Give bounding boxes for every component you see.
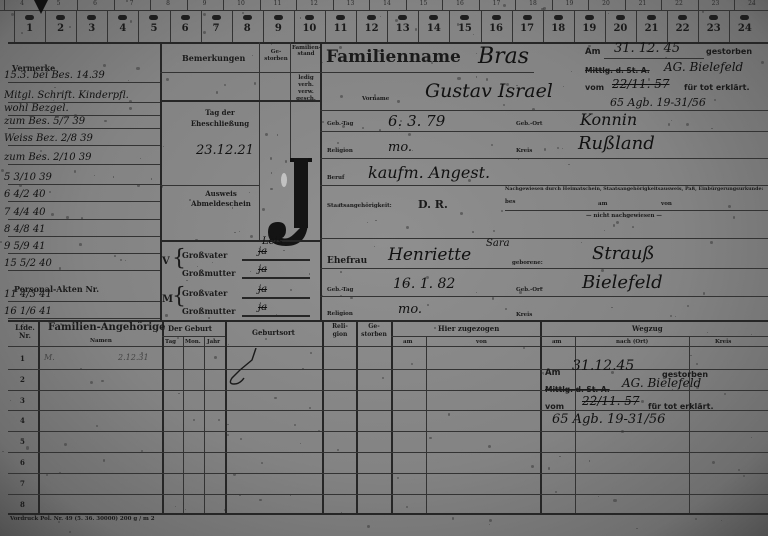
- punch-hole-icon: [181, 15, 190, 20]
- speck: [406, 226, 409, 229]
- divider: [204, 336, 205, 514]
- divider: [449, 10, 450, 42]
- note-entry: 16 1/6 41: [4, 306, 159, 317]
- speck: [712, 461, 715, 464]
- divider: [481, 10, 482, 42]
- speck: [613, 224, 615, 226]
- ruler-column-number: 18: [551, 23, 565, 34]
- divider: [588, 0, 589, 10]
- punch-hole-icon: [492, 15, 501, 20]
- grandparent-label: Großvater: [182, 250, 227, 260]
- lower-death-vom-value: 22/11. 57: [582, 394, 639, 408]
- speck: [103, 459, 106, 462]
- speck: [277, 134, 278, 135]
- zugezogen-header: Hier zugezogen: [438, 324, 499, 333]
- ruler-column-number: 1: [26, 23, 33, 34]
- divider: [160, 72, 320, 73]
- lower-death-vom-label: vom: [545, 402, 564, 411]
- divider: [8, 270, 160, 271]
- tag-header: Tag: [165, 339, 176, 345]
- speck: [290, 289, 292, 291]
- speck: [26, 446, 29, 449]
- divider: [667, 10, 668, 42]
- ruler-column-22: 22: [667, 10, 698, 42]
- spouse-geb-ort-value: Bielefeld: [582, 272, 663, 293]
- lower-death-tot-label: für tot erklärt.: [648, 402, 713, 411]
- ruler-column-11: 11: [325, 10, 356, 42]
- ausweis-label: Ausweis Abmeldeschein: [186, 189, 256, 209]
- divider: [479, 0, 480, 10]
- punch-hole-icon: [678, 15, 687, 20]
- punch-hole-icon: [56, 15, 65, 20]
- namen-header: Namen: [90, 338, 112, 344]
- divider: [138, 10, 139, 42]
- geb-ort-value: Konnin: [580, 110, 637, 129]
- spouse-kreis-label: Kreis: [516, 312, 532, 318]
- speck: [452, 517, 455, 520]
- speck: [710, 241, 713, 244]
- divider: [162, 336, 225, 337]
- death-gestorben-label: gestorben: [706, 47, 752, 56]
- ruler-top-mark: 17: [479, 0, 515, 10]
- divider: [260, 0, 261, 10]
- table-row-name: M.: [44, 353, 55, 362]
- divider: [150, 0, 151, 10]
- ruler-top-mark: 22: [661, 0, 697, 10]
- punch-hole-icon: [554, 15, 563, 20]
- speck: [733, 216, 736, 219]
- speck: [493, 230, 495, 232]
- speck: [548, 467, 551, 470]
- ruler-column-13: 13: [387, 10, 418, 42]
- speck: [322, 62, 323, 63]
- speck: [10, 400, 11, 401]
- divider: [242, 277, 310, 279]
- divider: [543, 10, 544, 42]
- speck: [367, 222, 368, 223]
- divider: [162, 320, 164, 514]
- ruler-column-number: 20: [613, 23, 627, 34]
- ruler-top-mark: 12: [296, 0, 332, 10]
- speck: [2, 451, 3, 452]
- note-entry: wohl Bezgel.: [4, 103, 159, 114]
- speck: [559, 456, 560, 457]
- punch-hole-icon: [305, 15, 314, 20]
- speck: [761, 61, 764, 64]
- divider: [729, 10, 730, 42]
- divider: [320, 131, 768, 132]
- speck: [375, 220, 376, 221]
- speck: [240, 438, 242, 440]
- ruler-column-number: 21: [645, 23, 659, 34]
- brace-icon: {: [172, 246, 186, 271]
- monat-header: Mon.: [185, 339, 201, 345]
- ruler-top-mark: 15: [406, 0, 442, 10]
- ehefrau-note: Sara: [486, 238, 510, 249]
- speck: [738, 469, 740, 471]
- divider: [77, 0, 78, 10]
- speck: [114, 255, 116, 257]
- lfd-nr-header: Lfde. Nr.: [12, 324, 38, 340]
- jewish-identifier-letter-j-icon: [262, 158, 322, 248]
- punch-hole-icon: [740, 15, 749, 20]
- grandparent-struck-value: ja: [258, 264, 267, 275]
- ruler-column-21: 21: [636, 10, 667, 42]
- speck: [101, 380, 103, 382]
- divider: [4, 0, 5, 10]
- divider: [8, 184, 160, 185]
- beruf-label: Beruf: [327, 175, 344, 181]
- ruler-column-number: 16: [489, 23, 503, 34]
- grandparent-label: Großmutter: [182, 268, 235, 278]
- speck: [175, 506, 176, 507]
- punch-hole-icon: [118, 15, 127, 20]
- ruler-column-number: 11: [334, 23, 348, 34]
- speck: [671, 120, 672, 121]
- divider: [698, 0, 699, 10]
- ruler-column-number: 15: [458, 23, 472, 34]
- vorname-label: Vorname: [362, 96, 389, 102]
- ruler-column-number: 23: [707, 23, 721, 34]
- speck: [488, 445, 491, 448]
- speck: [239, 494, 241, 496]
- ruler-column-6: 6: [170, 10, 201, 42]
- punch-hole-icon: [523, 15, 532, 20]
- speck: [69, 531, 71, 533]
- speck: [707, 332, 708, 333]
- speck: [337, 142, 339, 144]
- divider: [8, 145, 160, 146]
- speck: [290, 494, 291, 495]
- speck: [581, 242, 582, 243]
- ruler-top-mark: 24: [734, 0, 768, 10]
- note-entry: 9 5/9 41: [4, 241, 159, 252]
- ruler-column-number: 2: [57, 23, 64, 34]
- divider: [320, 238, 768, 239]
- ruler-top-mark: 23: [698, 0, 734, 10]
- spouse-geb-tag-label: Geb.-Tag: [327, 287, 353, 293]
- speck: [64, 443, 67, 446]
- brace-icon: {: [172, 284, 186, 309]
- speck: [616, 221, 619, 224]
- punch-hole-icon: [616, 15, 625, 20]
- divider: [325, 10, 326, 42]
- speck: [265, 133, 268, 136]
- ruler-column-1: 1: [14, 10, 45, 42]
- table-row-number: 1: [20, 354, 25, 363]
- table-row-number: 7: [20, 479, 25, 488]
- speck: [340, 95, 343, 98]
- speck: [668, 123, 670, 125]
- ruler-column-8: 8: [232, 10, 263, 42]
- speck: [531, 465, 534, 468]
- ruler-column-19: 19: [574, 10, 605, 42]
- divider: [391, 336, 768, 337]
- divider: [552, 0, 553, 10]
- ruler-column-number: 8: [244, 23, 251, 34]
- divider: [734, 0, 735, 10]
- grandparent-struck-value: ja: [258, 284, 267, 295]
- speck: [751, 437, 753, 439]
- speck: [406, 506, 408, 508]
- divider: [418, 10, 419, 42]
- speck: [711, 128, 712, 129]
- ruler-column-2: 2: [45, 10, 76, 42]
- divider: [661, 0, 662, 10]
- spouse-geb-tag-value: 16. 1. 82: [393, 276, 455, 292]
- divider: [160, 240, 320, 242]
- divider: [320, 158, 768, 159]
- speck: [632, 226, 634, 228]
- divider: [242, 259, 310, 261]
- vorname-value: Gustav Israel: [425, 80, 553, 102]
- ruler-top-mark: 11: [260, 0, 296, 10]
- staatsang-label: Staatsangehörigkeit:: [327, 203, 392, 209]
- religion-header: Reli-gion: [326, 323, 354, 339]
- punch-hole-icon: [243, 15, 252, 20]
- religion-label: Religion: [327, 148, 353, 154]
- speck: [636, 528, 638, 530]
- divider: [223, 0, 224, 10]
- grandparent-struck-value: ja: [258, 246, 267, 257]
- zugezogen-von-header: von: [476, 339, 487, 345]
- speck: [397, 100, 399, 102]
- divider: [294, 10, 295, 42]
- ruler-column-15: 15: [449, 10, 480, 42]
- speck: [695, 518, 697, 520]
- bemerkungen-label: Bemerkungen: [182, 53, 245, 63]
- table-row-number: 5: [20, 437, 25, 446]
- grandparent-value: Leis: [262, 236, 283, 247]
- wegzug-am-header: am: [552, 339, 561, 345]
- speck: [476, 53, 477, 54]
- lower-death-aktenzeichen: 65 Agb. 19-31/56: [552, 412, 665, 427]
- spouse-religion-value: mo.: [398, 302, 422, 317]
- divider: [333, 0, 334, 10]
- divider: [160, 100, 320, 102]
- speck: [686, 123, 689, 126]
- wegzug-kreis-header: Kreis: [715, 339, 731, 345]
- table-row-number: 2: [20, 375, 25, 384]
- note-entry: 15 5/2 40: [4, 258, 159, 269]
- divider: [38, 320, 40, 514]
- divider: [8, 164, 160, 165]
- speck: [434, 327, 435, 328]
- ruler-top-mark: 16: [442, 0, 478, 10]
- grandparent-side-label: M: [162, 294, 173, 305]
- grandparent-label: Großvater: [182, 288, 227, 298]
- ruler-column-number: 12: [365, 23, 379, 34]
- speck: [492, 297, 495, 300]
- paper-crack-mark: [226, 348, 266, 388]
- divider: [8, 346, 768, 347]
- divider: [8, 82, 160, 83]
- ruler-column-17: 17: [512, 10, 543, 42]
- speck: [589, 460, 591, 462]
- punch-hole-icon: [429, 15, 438, 20]
- speck: [397, 477, 399, 479]
- grandparent-struck-value: ja: [258, 302, 267, 313]
- ruler-column-23: 23: [698, 10, 729, 42]
- ehefrau-label: Ehefrau: [327, 256, 367, 266]
- printer-imprint: Vordruck Pol. Nr. 49 (5. 36. 30000) 200 …: [10, 516, 155, 522]
- jahr-header: Jahr: [207, 339, 220, 345]
- speck: [208, 317, 210, 319]
- divider: [8, 253, 160, 254]
- tab-marker-icon: [34, 0, 48, 14]
- speck: [476, 292, 478, 294]
- note-entry: Mitgl. Schrift. Kinderpfl.: [4, 90, 159, 101]
- punch-hole-icon: [87, 15, 96, 20]
- death-aktenzeichen: 65 Agb. 19-31/56: [610, 96, 706, 109]
- ruler-column-18: 18: [543, 10, 574, 42]
- divider: [160, 42, 162, 320]
- speck: [227, 434, 229, 436]
- wegzug-ort-header: nach (Ort): [616, 339, 648, 345]
- divider: [698, 10, 699, 42]
- speck: [751, 334, 752, 335]
- note-entry: zum Bes. 5/7 39: [4, 116, 159, 127]
- zugezogen-am-header: am: [403, 339, 412, 345]
- ruler-column-5: 5: [138, 10, 169, 42]
- note-entry: 5 3/10 39: [4, 172, 159, 183]
- speck: [250, 235, 253, 238]
- familienstand-label: Familien-stand: [292, 45, 320, 57]
- ruler-column-12: 12: [356, 10, 387, 42]
- speck: [212, 262, 213, 263]
- divider: [689, 336, 690, 514]
- speck: [265, 338, 267, 340]
- wegzug-header: Wegzug: [632, 324, 663, 333]
- familienstand-options: ledig verh. verw. gesch.: [293, 75, 319, 103]
- familienname-label: Familienname: [326, 47, 461, 67]
- nachweis-am: am: [598, 201, 607, 207]
- death-am-label: Am: [585, 47, 600, 57]
- speck: [411, 363, 413, 365]
- speck: [489, 524, 490, 525]
- divider: [183, 336, 184, 514]
- ruler-column-number: 3: [88, 23, 95, 34]
- divider: [442, 0, 443, 10]
- lower-death-mitgl-label: Mittlg. d. St. A.: [545, 385, 610, 394]
- death-mitgl-label: Mittlg. d. St. A.: [585, 66, 650, 75]
- punch-hole-icon: [25, 15, 34, 20]
- speck: [218, 419, 220, 421]
- speck: [728, 205, 731, 208]
- ruler-column-9: 9: [263, 10, 294, 42]
- punch-hole-icon: [585, 15, 594, 20]
- nicht-nachgewiesen: — nicht nachgewiesen —: [586, 213, 662, 219]
- speck: [250, 271, 251, 272]
- speck: [696, 363, 698, 365]
- punch-hole-icon: [460, 15, 469, 20]
- divider: [8, 236, 160, 237]
- ruler-column-16: 16: [481, 10, 512, 42]
- ruler-column-number: 13: [396, 23, 410, 34]
- divider: [540, 320, 542, 514]
- ruler-column-number: 22: [676, 23, 690, 34]
- table-row: [8, 431, 768, 432]
- speck: [214, 356, 217, 359]
- speck: [46, 474, 48, 476]
- staatsang-value: D. R.: [418, 198, 448, 211]
- table-row-number: 3: [20, 396, 25, 405]
- lower-death-am-value: 31.12.45: [572, 358, 634, 374]
- speck: [254, 82, 256, 84]
- ruler-column-number: 7: [213, 23, 220, 34]
- divider: [604, 58, 704, 59]
- speck: [178, 393, 180, 395]
- speck: [491, 144, 494, 147]
- kreis-value: Rußland: [578, 133, 655, 154]
- divider: [356, 320, 358, 514]
- geburt-header: Der Geburt: [168, 324, 212, 333]
- speck: [563, 86, 564, 87]
- speck: [216, 91, 218, 93]
- ruler-column-4: 4: [107, 10, 138, 42]
- speck: [374, 246, 375, 247]
- divider: [320, 296, 768, 297]
- divider: [8, 301, 160, 302]
- divider: [8, 318, 160, 319]
- grandparent-side-label: V: [162, 256, 170, 267]
- death-mitgl-value: AG. Bielefeld: [664, 60, 743, 74]
- speck: [283, 250, 284, 251]
- divider: [406, 0, 407, 10]
- ruler-top-mark: 19: [552, 0, 588, 10]
- divider: [170, 10, 171, 42]
- speck: [163, 146, 164, 147]
- speck: [90, 381, 93, 384]
- ruler-column-24: 24: [729, 10, 760, 42]
- ruler-top-mark: 18: [515, 0, 551, 10]
- table-row: [8, 452, 768, 453]
- punch-hole-icon: [336, 15, 345, 20]
- speck: [185, 509, 187, 511]
- speck: [505, 308, 507, 310]
- ruler-column-number: 9: [275, 23, 282, 34]
- beruf-value: kaufm. Angest.: [368, 163, 490, 182]
- speck: [472, 231, 474, 233]
- religion-value: mo.: [388, 140, 412, 155]
- divider: [426, 336, 427, 514]
- table-row: [8, 369, 768, 370]
- divider: [242, 297, 310, 299]
- divider: [320, 72, 534, 73]
- speck: [309, 407, 311, 409]
- punch-hole-icon: [212, 15, 221, 20]
- speck: [557, 147, 559, 149]
- ruler-column-10: 10: [294, 10, 325, 42]
- divider: [76, 10, 77, 42]
- note-entry: zum Bes. 2/10 39: [4, 152, 159, 163]
- table-row-number: 8: [20, 500, 25, 509]
- speck: [224, 84, 226, 86]
- lower-death-mitgl-value: AG. Bielefeld: [622, 376, 701, 390]
- divider: [356, 10, 357, 42]
- divider: [387, 10, 388, 42]
- kreis-label: Kreis: [516, 148, 532, 154]
- speck: [227, 424, 229, 426]
- geb-tag-value: 6. 3. 79: [388, 112, 445, 130]
- speck: [322, 121, 324, 123]
- ruler-column-14: 14: [418, 10, 449, 42]
- divider: [605, 10, 606, 42]
- speck: [103, 64, 106, 67]
- speck: [0, 241, 2, 243]
- spouse-religion-label: Religion: [327, 311, 353, 317]
- speck: [544, 148, 547, 151]
